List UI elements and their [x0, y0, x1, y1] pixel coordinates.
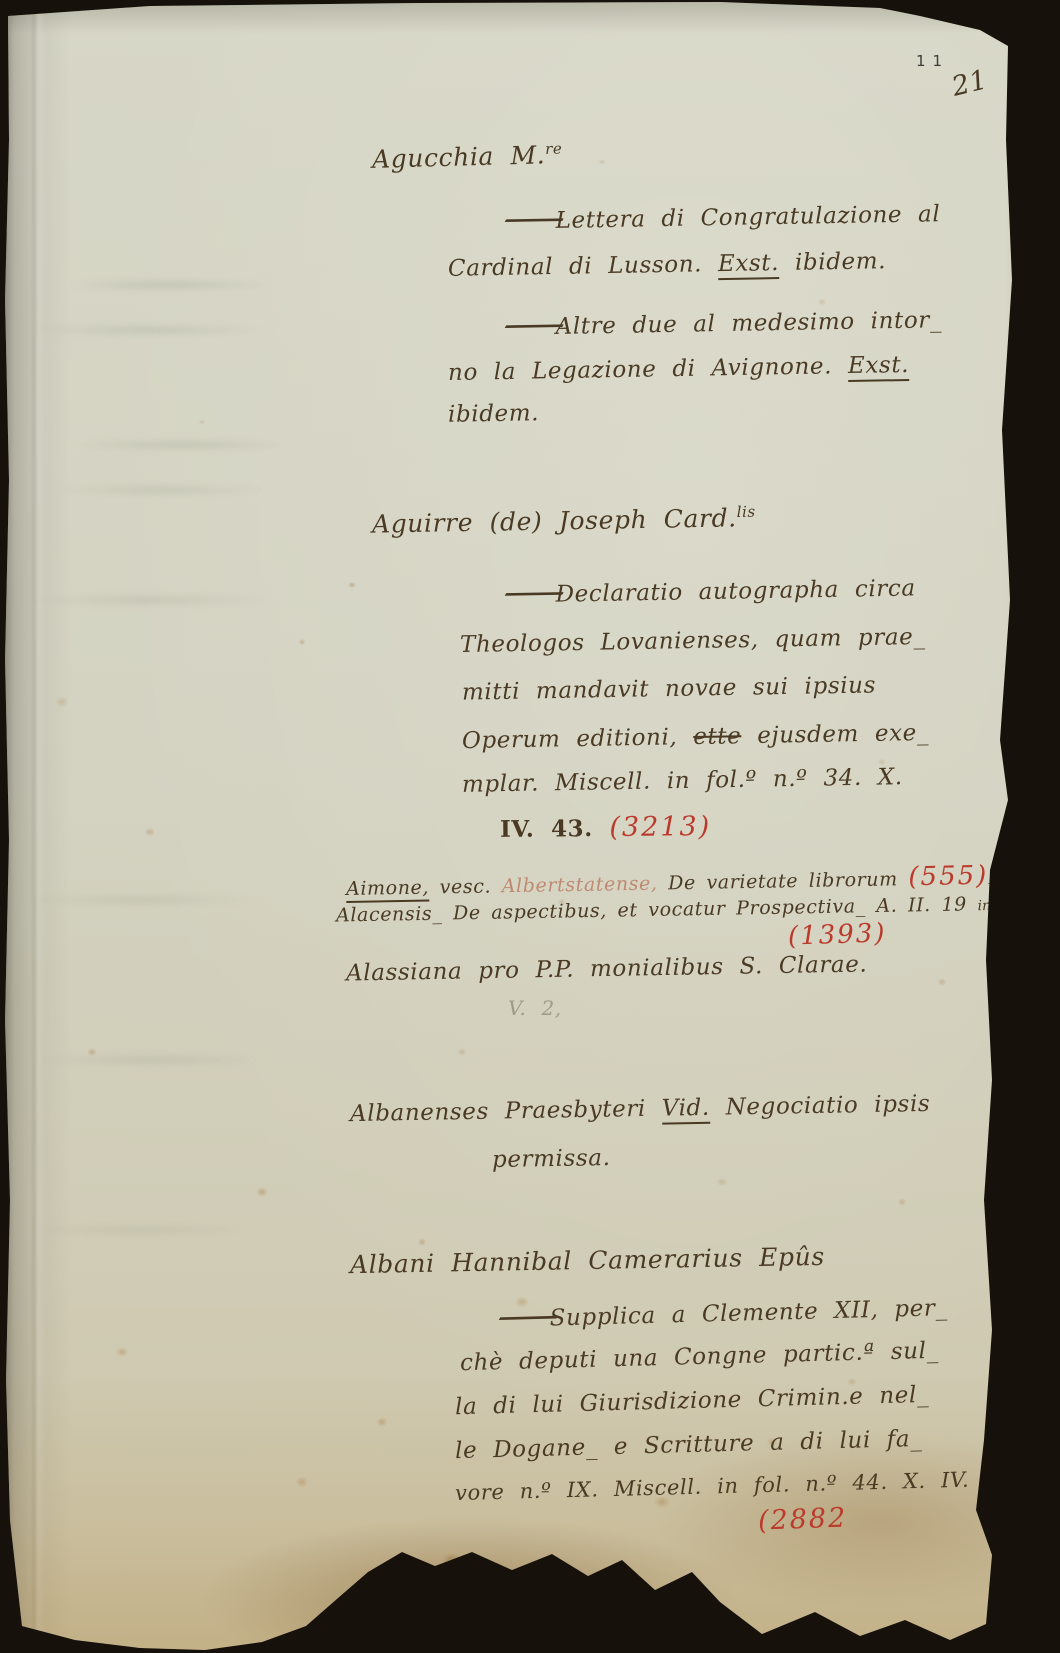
entry-albanenses-line2: permissa. [492, 1145, 611, 1173]
line-text: Supplica a Clemente XII, per_ [549, 1295, 948, 1331]
albani-paragraph-line3: la di lui Giurisdizione Crimin.e nel_ [455, 1382, 930, 1420]
agucchia-paragraph1-line1: —Lettera di Congratulazione al [502, 200, 941, 235]
albani-paragraph-line5: vore n.º IX. Miscell. in fol. n.º 44. X.… [455, 1467, 999, 1505]
line-text: Cardinal di Lusson. [448, 251, 718, 282]
aguirre-paragraph-line2: Theologos Lovanienses, quam prae_ [460, 624, 926, 658]
aguirre-paragraph-line1: —Declaratio autographa circa [502, 574, 916, 608]
scanned-manuscript-page: { "page": { "printed_number": "11", "han… [0, 0, 1060, 1653]
line-text: Operum editioni, [462, 724, 694, 754]
line-text: ejusdem exe_ [741, 720, 929, 749]
alassiana-pencil-note: V. 2, [508, 996, 562, 1020]
entry-alassiana-line: Alassiana pro P.P. monialibus S. Clarae. [346, 951, 868, 986]
shelfmark: B.V.4. [988, 869, 1031, 888]
albani-paragraph-line4: le Dogane_ e Scritture a di lui fa_ [455, 1426, 923, 1464]
format-note: in fol. memb. [977, 897, 1060, 915]
shelfmark-roman: IV. 43. [500, 815, 610, 843]
red-inventory-number: (3213) [609, 811, 711, 843]
agucchia-heading-superscript: re [545, 140, 563, 158]
paragraph-dash: — [496, 1302, 563, 1331]
aimone-name-underlined: Aimone, [346, 877, 429, 903]
line-text: Lettera di Congratulazione al [555, 201, 940, 234]
aguirre-heading-text: Aguirre (de) Joseph Card. [372, 503, 737, 538]
line-text: ibidem. [448, 400, 540, 428]
aguirre-paragraph-line4: Operum editioni, ette ejusdem exe_ [462, 720, 929, 754]
agucchia-paragraph2-line3: ibidem. [448, 400, 540, 428]
paragraph-dash: — [502, 311, 569, 339]
manuscript-paper: 11 21 Agucchia M.re —Lettera di Congratu… [0, 0, 1060, 1653]
crossed-out-word: ette [693, 723, 742, 750]
line-text: Declaratio autographa circa [555, 575, 916, 607]
red-inventory-number: (555) [908, 861, 988, 892]
line-text: Albanenses Praesbyteri [350, 1096, 662, 1127]
line-text: De varietate librorum [657, 868, 908, 894]
line-text: no la Legazione di Avignone. [448, 353, 848, 386]
entry-heading-aguirre: Aguirre (de) Joseph Card.lis [372, 503, 756, 539]
aguirre-paragraph-line6: IV. 43. (3213) [500, 811, 711, 844]
paragraph-dash: — [502, 205, 569, 233]
faded-red-insert: Albertstatense, [502, 873, 658, 898]
aguirre-heading-superscript: lis [736, 503, 755, 521]
albani-paragraph-line2: chè deputi una Congne partic.ª sul_ [460, 1338, 939, 1377]
aguirre-paragraph-line3: mitti mandavit novae sui ipsius [462, 672, 876, 705]
albani-paragraph-line1: —Supplica a Clemente XII, per_ [496, 1294, 948, 1333]
entry-albanenses-line1: Albanenses Praesbyteri Vid. Negociatio i… [350, 1091, 931, 1127]
printed-page-number: 11 [916, 52, 949, 70]
agucchia-paragraph1-line2: Cardinal di Lusson. Exst. ibidem. [448, 248, 886, 282]
line-text: ibidem. [779, 248, 886, 276]
agucchia-paragraph2-line1: —Altre due al medesimo intor_ [502, 306, 942, 341]
line-text: vesc. [429, 875, 502, 898]
underlined-exst: Exst. [848, 352, 910, 382]
albani-red-number: (2882 [757, 1502, 847, 1536]
alacensis-red-number: (1393) [788, 918, 887, 951]
agucchia-heading-text: Agucchia M. [372, 140, 546, 174]
agucchia-paragraph2-line2: no la Legazione di Avignone. Exst. [448, 352, 909, 386]
handwritten-page-number: 21 [949, 64, 991, 103]
entry-heading-agucchia: Agucchia M.re [372, 140, 563, 174]
line-text: Negociatio ipsis [710, 1091, 931, 1121]
line-text: Theologos Lovanienses, quam prae_ [460, 624, 926, 658]
entry-heading-albani: Albani Hannibal Camerarius Epûs [350, 1242, 825, 1279]
line-text: mplar. Miscell. in fol.º n.º 34. X. [462, 764, 903, 798]
line-text: mitti mandavit novae sui ipsius [462, 672, 876, 705]
line-text: Altre due al medesimo intor_ [555, 307, 942, 340]
aguirre-paragraph-line5: mplar. Miscell. in fol.º n.º 34. X. [462, 764, 903, 798]
underlined-vid: Vid. [662, 1095, 710, 1125]
underlined-exst: Exst. [718, 250, 780, 280]
paragraph-dash: — [502, 578, 569, 606]
